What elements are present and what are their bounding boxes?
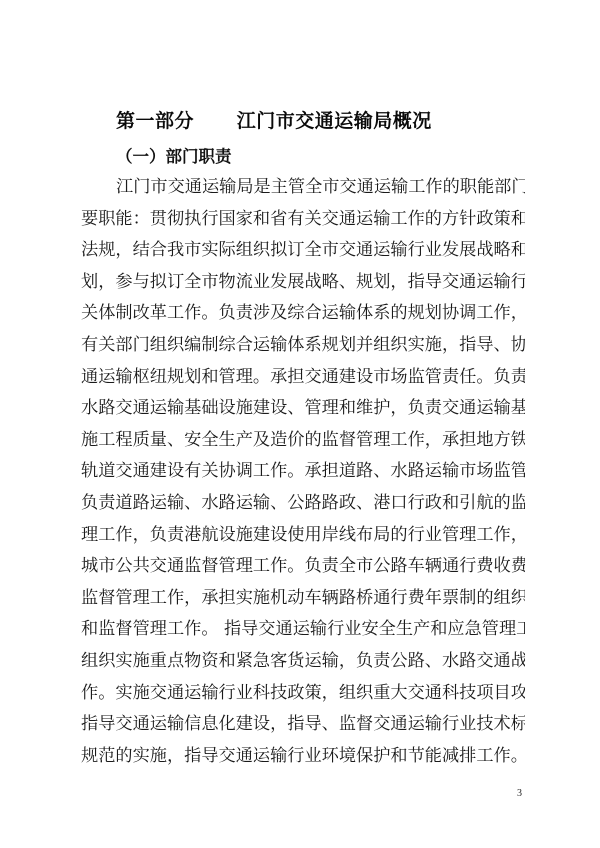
body-line: 指导交通运输信息化建设，指导、监督交通运输行业技术标准和 xyxy=(81,709,525,741)
section-heading: （一）部门职责 xyxy=(116,143,232,167)
body-line: 负责道路运输、水路运输、公路路政、港口行政和引航的监督管 xyxy=(81,488,525,520)
body-line: 要职能：贯彻执行国家和省有关交通运输工作的方针政策和法律 xyxy=(81,204,525,236)
body-line: 通运输枢纽规划和管理。承担交通建设市场监管责任。负责公路、 xyxy=(81,362,525,394)
body-line: 关体制改革工作。负责涉及综合运输体系的规划协调工作，会同 xyxy=(81,298,525,330)
body-line: 组织实施重点物资和紧急客货运输，负责公路、水路交通战备工 xyxy=(81,646,525,678)
body-line: 监督管理工作，承担实施机动车辆路桥通行费年票制的组织协调 xyxy=(81,583,525,615)
document-page: 第一部分 江门市交通运输局概况 （一）部门职责 江门市交通运输局是主管全市交通运… xyxy=(0,0,600,848)
body-line: 江门市交通运输局是主管全市交通运输工作的职能部门。主 xyxy=(81,172,525,204)
body-line: 理工作，负责港航设施建设使用岸线布局的行业管理工作，负责 xyxy=(81,520,525,552)
body-line: 和监督管理工作。 指导交通运输行业安全生产和应急管理工作， xyxy=(81,614,525,646)
body-line: 划，参与拟订全市物流业发展战略、规划，指导交通运输行业有 xyxy=(81,267,525,299)
body-line: 有关部门组织编制综合运输体系规划并组织实施，指导、协调交 xyxy=(81,330,525,362)
body-line: 法规，结合我市实际组织拟订全市交通运输行业发展战略和规 xyxy=(81,235,525,267)
body-line: 施工程质量、安全生产及造价的监督管理工作，承担地方铁路、 xyxy=(81,425,525,457)
body-line: 规范的实施，指导交通运输行业环境保护和节能减排工作。组织、 xyxy=(81,741,525,773)
body-line: 水路交通运输基础设施建设、管理和维护，负责交通运输基础设 xyxy=(81,393,525,425)
part-title: 第一部分 江门市交通运输局概况 xyxy=(116,106,432,133)
body-line: 城市公共交通监督管理工作。负责全市公路车辆通行费收费站的 xyxy=(81,551,525,583)
page-number: 3 xyxy=(517,788,522,799)
body-line: 作。实施交通运输行业科技政策，组织重大交通科技项目攻关， xyxy=(81,678,525,710)
body-paragraph: 江门市交通运输局是主管全市交通运输工作的职能部门。主 要职能：贯彻执行国家和省有… xyxy=(81,172,525,772)
body-line: 轨道交通建设有关协调工作。承担道路、水路运输市场监管责任。 xyxy=(81,456,525,488)
